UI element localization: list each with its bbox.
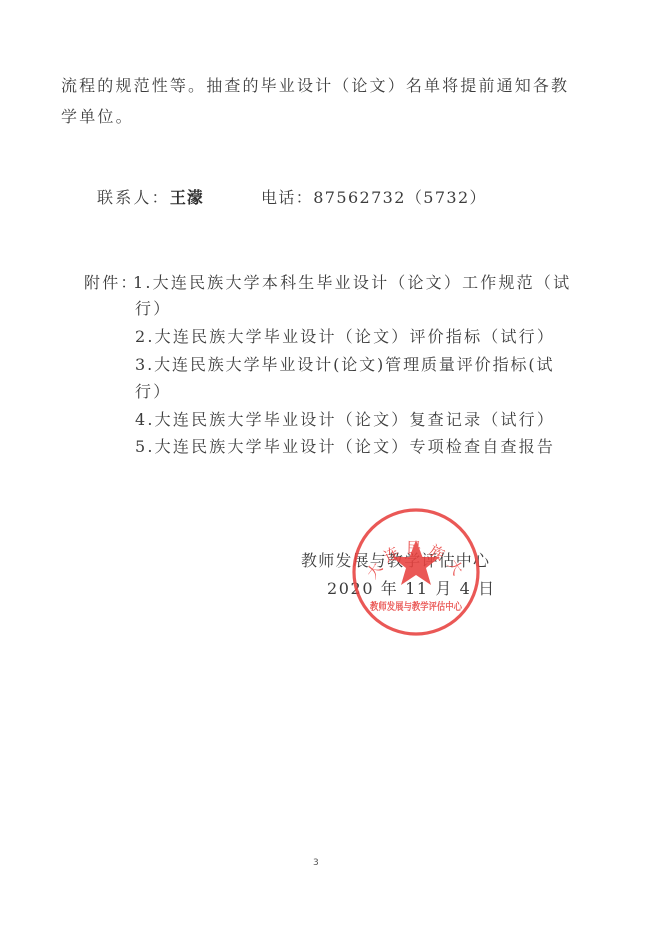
attachment-item-2: 2.大连民族大学毕业设计（论文）评价指标（试行）	[135, 327, 555, 347]
phone-number: 87562732（5732）	[313, 188, 487, 207]
svg-text:大连民族大学: 大连民族大学	[350, 506, 470, 583]
phone-label: 电话：	[261, 188, 313, 207]
body-paragraph-line-2: 学单位。	[61, 107, 134, 127]
contact-line: 联系人：王濛	[97, 188, 204, 208]
phone-line: 电话：87562732（5732）	[261, 188, 487, 208]
attachments-label: 附件：	[84, 273, 139, 293]
signature-organization: 教师发展与教学评估中心	[301, 551, 490, 571]
attachment-number: 4.	[135, 410, 155, 429]
attachment-title: 大连民族大学毕业设计（论文）复查记录（试行）	[155, 410, 555, 429]
document-page: 流程的规范性等。抽查的毕业设计（论文）名单将提前通知各教 学单位。 联系人：王濛…	[0, 0, 648, 927]
attachment-number: 1.	[133, 273, 153, 292]
attachment-title: 大连民族大学毕业设计(论文)管理质量评价指标(试	[154, 355, 554, 374]
page-number: 3	[313, 858, 319, 868]
seal-outer-text: 大连民族大学	[350, 506, 470, 583]
attachment-item-5: 5.大连民族大学毕业设计（论文）专项检查自查报告	[135, 437, 555, 457]
official-seal-icon: 大连民族大学 教师发展与教学评估中心	[350, 506, 482, 638]
attachment-item-3-continuation: 行）	[135, 382, 171, 402]
attachment-title: 大连民族大学毕业设计（论文）评价指标（试行）	[155, 327, 555, 346]
attachment-number: 5.	[135, 437, 155, 456]
attachment-title: 大连民族大学本科生毕业设计（论文）工作规范（试	[153, 273, 572, 292]
signature-date: 2020 年 11 月 4 日	[327, 579, 496, 599]
attachment-item-1-continuation: 行）	[135, 299, 171, 319]
contact-name: 王濛	[170, 188, 204, 207]
attachment-number: 2.	[135, 327, 155, 346]
attachment-item-3: 3.大连民族大学毕业设计(论文)管理质量评价指标(试	[135, 355, 554, 375]
attachment-title: 大连民族大学毕业设计（论文）专项检查自查报告	[155, 437, 555, 456]
seal-inner-text: 教师发展与教学评估中心	[369, 600, 463, 613]
attachment-item-1: 1.大连民族大学本科生毕业设计（论文）工作规范（试	[133, 273, 571, 293]
attachment-item-4: 4.大连民族大学毕业设计（论文）复查记录（试行）	[135, 410, 555, 430]
body-paragraph-line-1: 流程的规范性等。抽查的毕业设计（论文）名单将提前通知各教	[61, 76, 569, 96]
attachment-number: 3.	[135, 355, 154, 374]
contact-label: 联系人：	[97, 188, 170, 207]
